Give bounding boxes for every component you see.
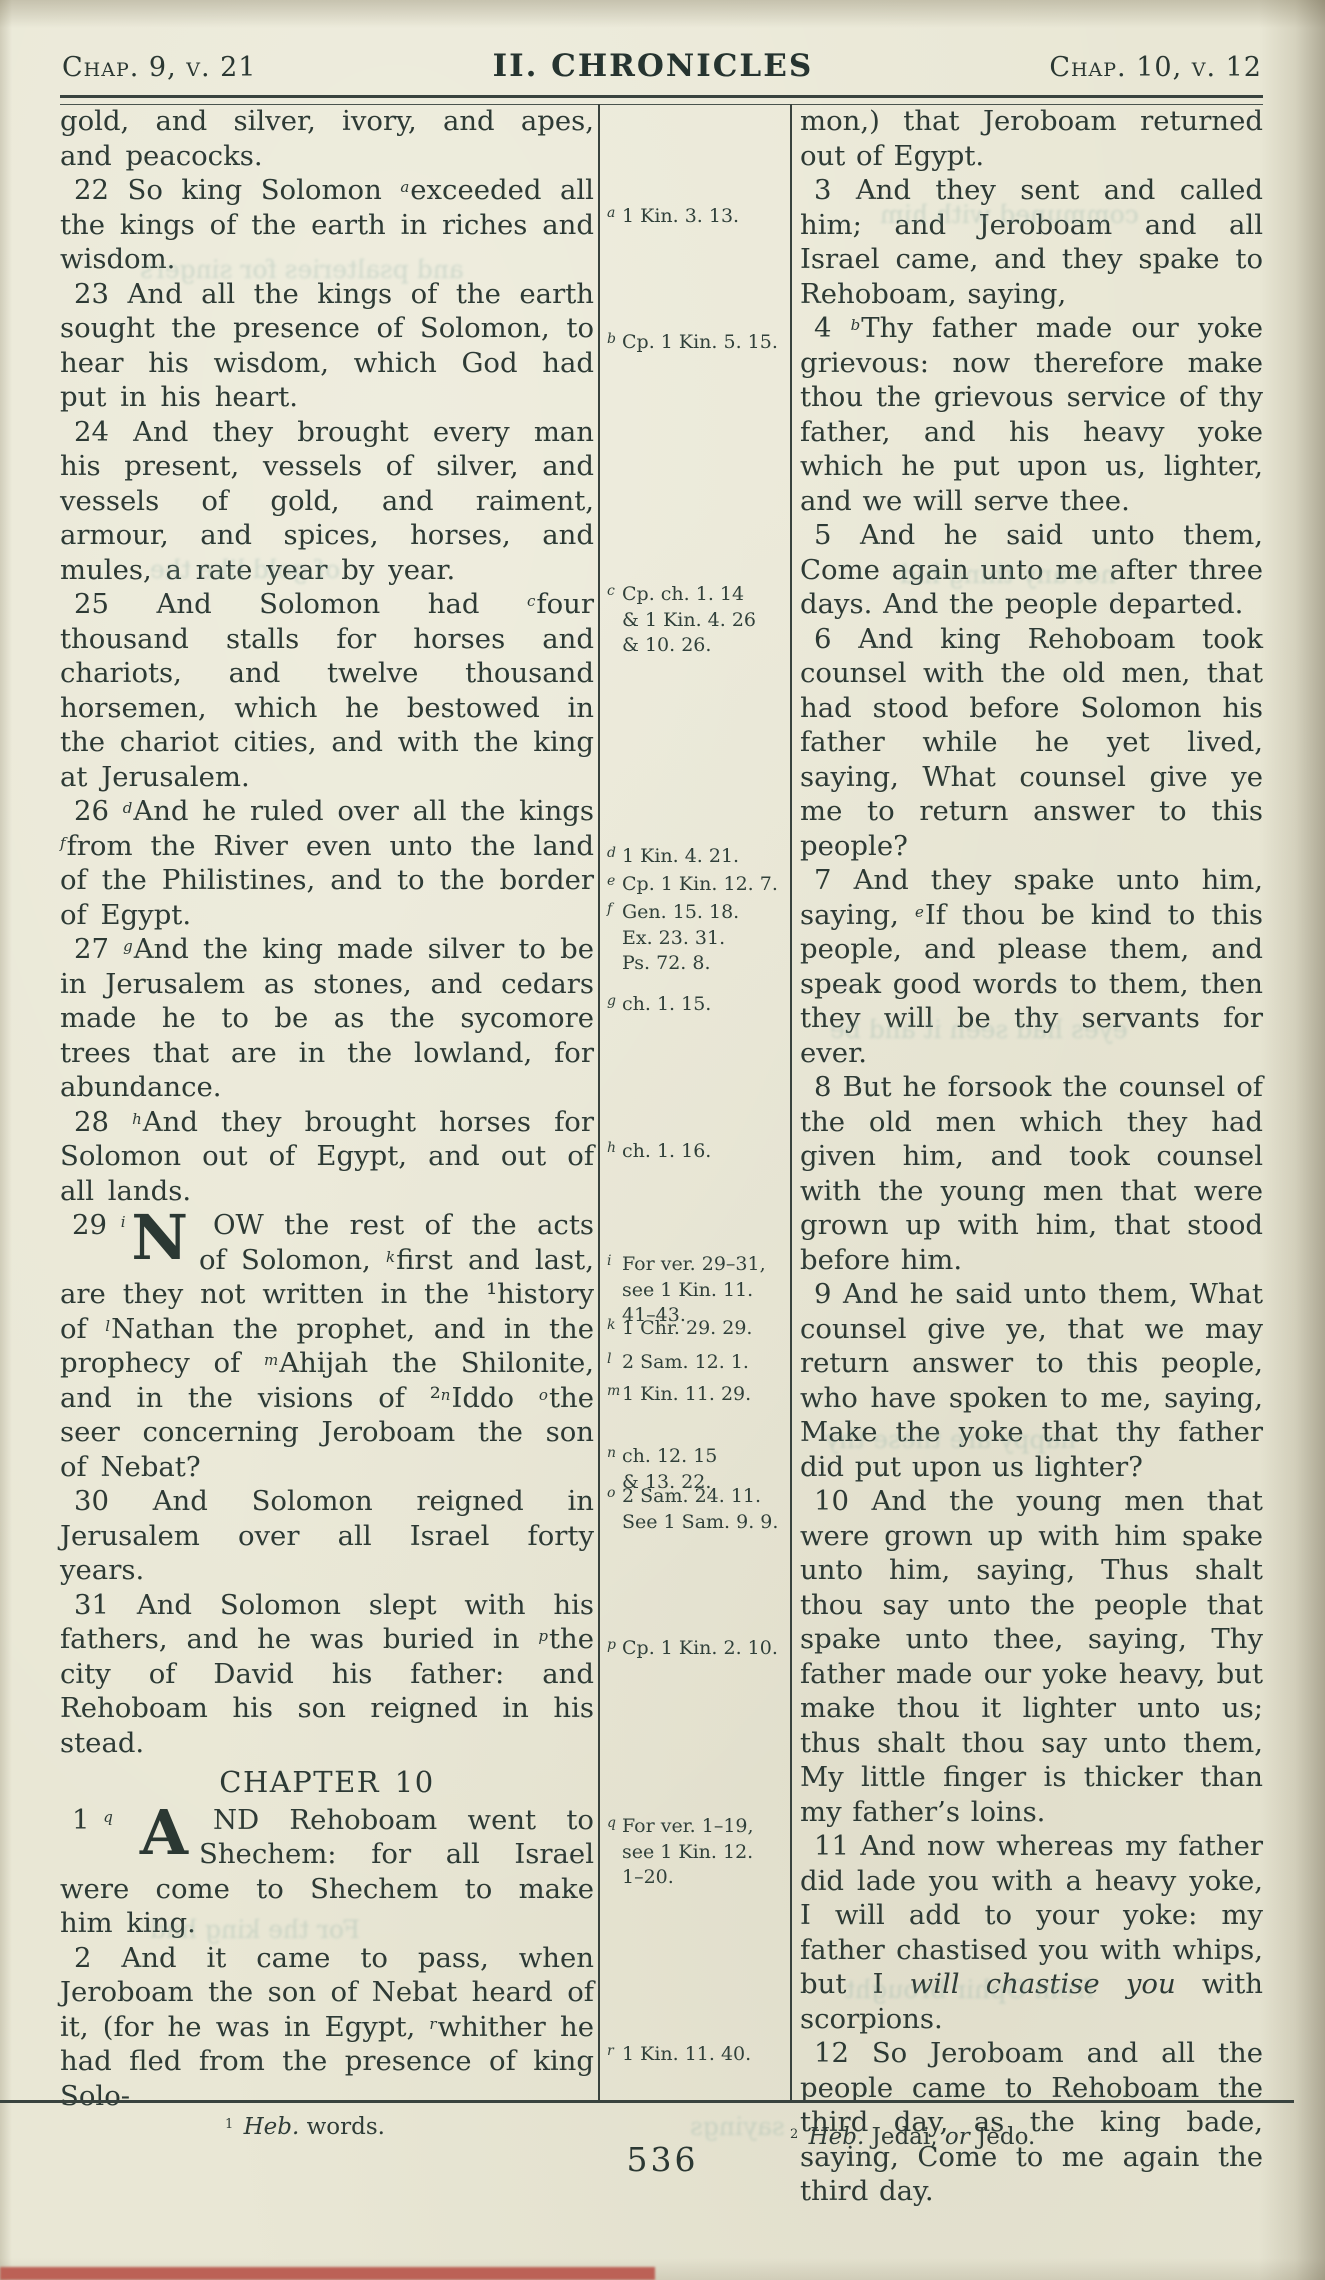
verse: 9 And he said unto them, What counsel gi… [800,1277,1263,1484]
verse: 4 bThy father made our yoke grievous: no… [800,311,1263,518]
cross-reference: l2 Sam. 12. 1. [607,1350,788,1376]
cross-reference: cCp. ch. 1. 14 & 1 Kin. 4. 26 & 10. 26. [607,582,788,659]
text-columns: gold, and silver, ivory, and apes, and p… [60,104,1263,2100]
cross-reference: bCp. 1 Kin. 5. 15. [607,330,788,356]
header-left-chapter-ref: Chap. 9, v. 21 [62,52,256,83]
verse: 27 gAnd the king made silver to be in Je… [60,932,594,1105]
cross-reference: eCp. 1 Kin. 12. 7. [607,872,788,898]
cross-reference: k1 Chr. 29. 29. [607,1316,788,1342]
cross-reference: hch. 1. 16. [607,1139,788,1165]
page-left-edge-shadow [0,0,12,2280]
left-text-column: gold, and silver, ivory, and apes, and p… [60,104,598,2100]
verse: 22 So king Solomon aexceeded all the kin… [60,173,594,277]
verse: 26 dAnd he ruled over all the kings ffro… [60,794,594,932]
verse: 8 But he forsook the counsel of the old … [800,1070,1263,1277]
running-head: Chap. 9, v. 21 II. CHRONICLES Chap. 10, … [62,48,1262,84]
cross-reference: r1 Kin. 11. 40. [607,2042,788,2068]
cross-reference: pCp. 1 Kin. 2. 10. [607,1636,788,1662]
underlying-page-red-edge [0,2267,655,2280]
cross-reference: o2 Sam. 24. 11. See 1 Sam. 9. 9. [607,1484,788,1535]
cross-reference: gch. 1. 15. [607,992,788,1018]
verse: 31 And Solomon slept with his fathers, a… [60,1588,594,1761]
cross-reference: qFor ver. 1–19, see 1 Kin. 12. 1–20. [607,1814,788,1891]
page-number: 536 [0,2140,1325,2179]
right-text-column: mon,) that Jeroboam returned out of Egyp… [792,104,1263,2100]
verse: 1 qAND Rehoboam went to Shechem: for all… [60,1803,594,1941]
verse: 24 And they brought every man his presen… [60,415,594,588]
verse: 29 iNOW the rest of the acts of Solomon,… [60,1208,594,1484]
verse: 25 And Solomon had cfour thousand stalls… [60,587,594,794]
verse-continuation: mon,) that Jeroboam returned out of Egyp… [800,104,1263,173]
verse: 10 And the young men that were grown up … [800,1484,1263,1829]
verse: 5 And he said unto them, Come again unto… [800,518,1263,622]
book-title: II. CHRONICLES [493,48,814,84]
drop-cap: 1 qA [60,1803,192,1872]
verse-continuation: gold, and silver, ivory, and apes, and p… [60,104,594,173]
verse: 30 And Solomon reigned in Jerusalem over… [60,1484,594,1588]
footnote-1: 1 Heb. words. [225,2114,385,2140]
cross-reference: m1 Kin. 11. 29. [607,1382,788,1408]
cross-reference: a1 Kin. 3. 13. [607,204,788,230]
drop-cap: 29 iN [60,1208,192,1277]
cross-reference: d1 Kin. 4. 21. [607,844,788,870]
verse: 23 And all the kings of the earth sought… [60,277,594,415]
verse: 7 And they spake unto him, saying, eIf t… [800,863,1263,1070]
footer-rule [0,2100,1294,2103]
verse: 28 hAnd they brought horses for Solomon … [60,1105,594,1209]
cross-reference-column: a1 Kin. 3. 13.bCp. 1 Kin. 5. 15.cCp. ch.… [598,104,792,2100]
verse: 6 And king Rehoboam took counsel with th… [800,622,1263,864]
page-right-edge-shadow [1259,0,1325,2280]
verse: 2 And it came to pass, when Jeroboam the… [60,1941,594,2114]
scanned-bible-page: { "page": { "header": { "left": "Chap. 9… [0,0,1325,2280]
page-top-edge-shadow [0,0,1325,28]
verse: 11 And now whereas my father did lade yo… [800,1829,1263,2036]
cross-reference: fGen. 15. 18. Ex. 23. 31. Ps. 72. 8. [607,900,788,977]
chapter-heading: CHAPTER 10 [60,1765,594,1800]
verse: 3 And they sent and called him; and Jero… [800,173,1263,311]
header-right-chapter-ref: Chap. 10, v. 12 [1049,52,1262,83]
